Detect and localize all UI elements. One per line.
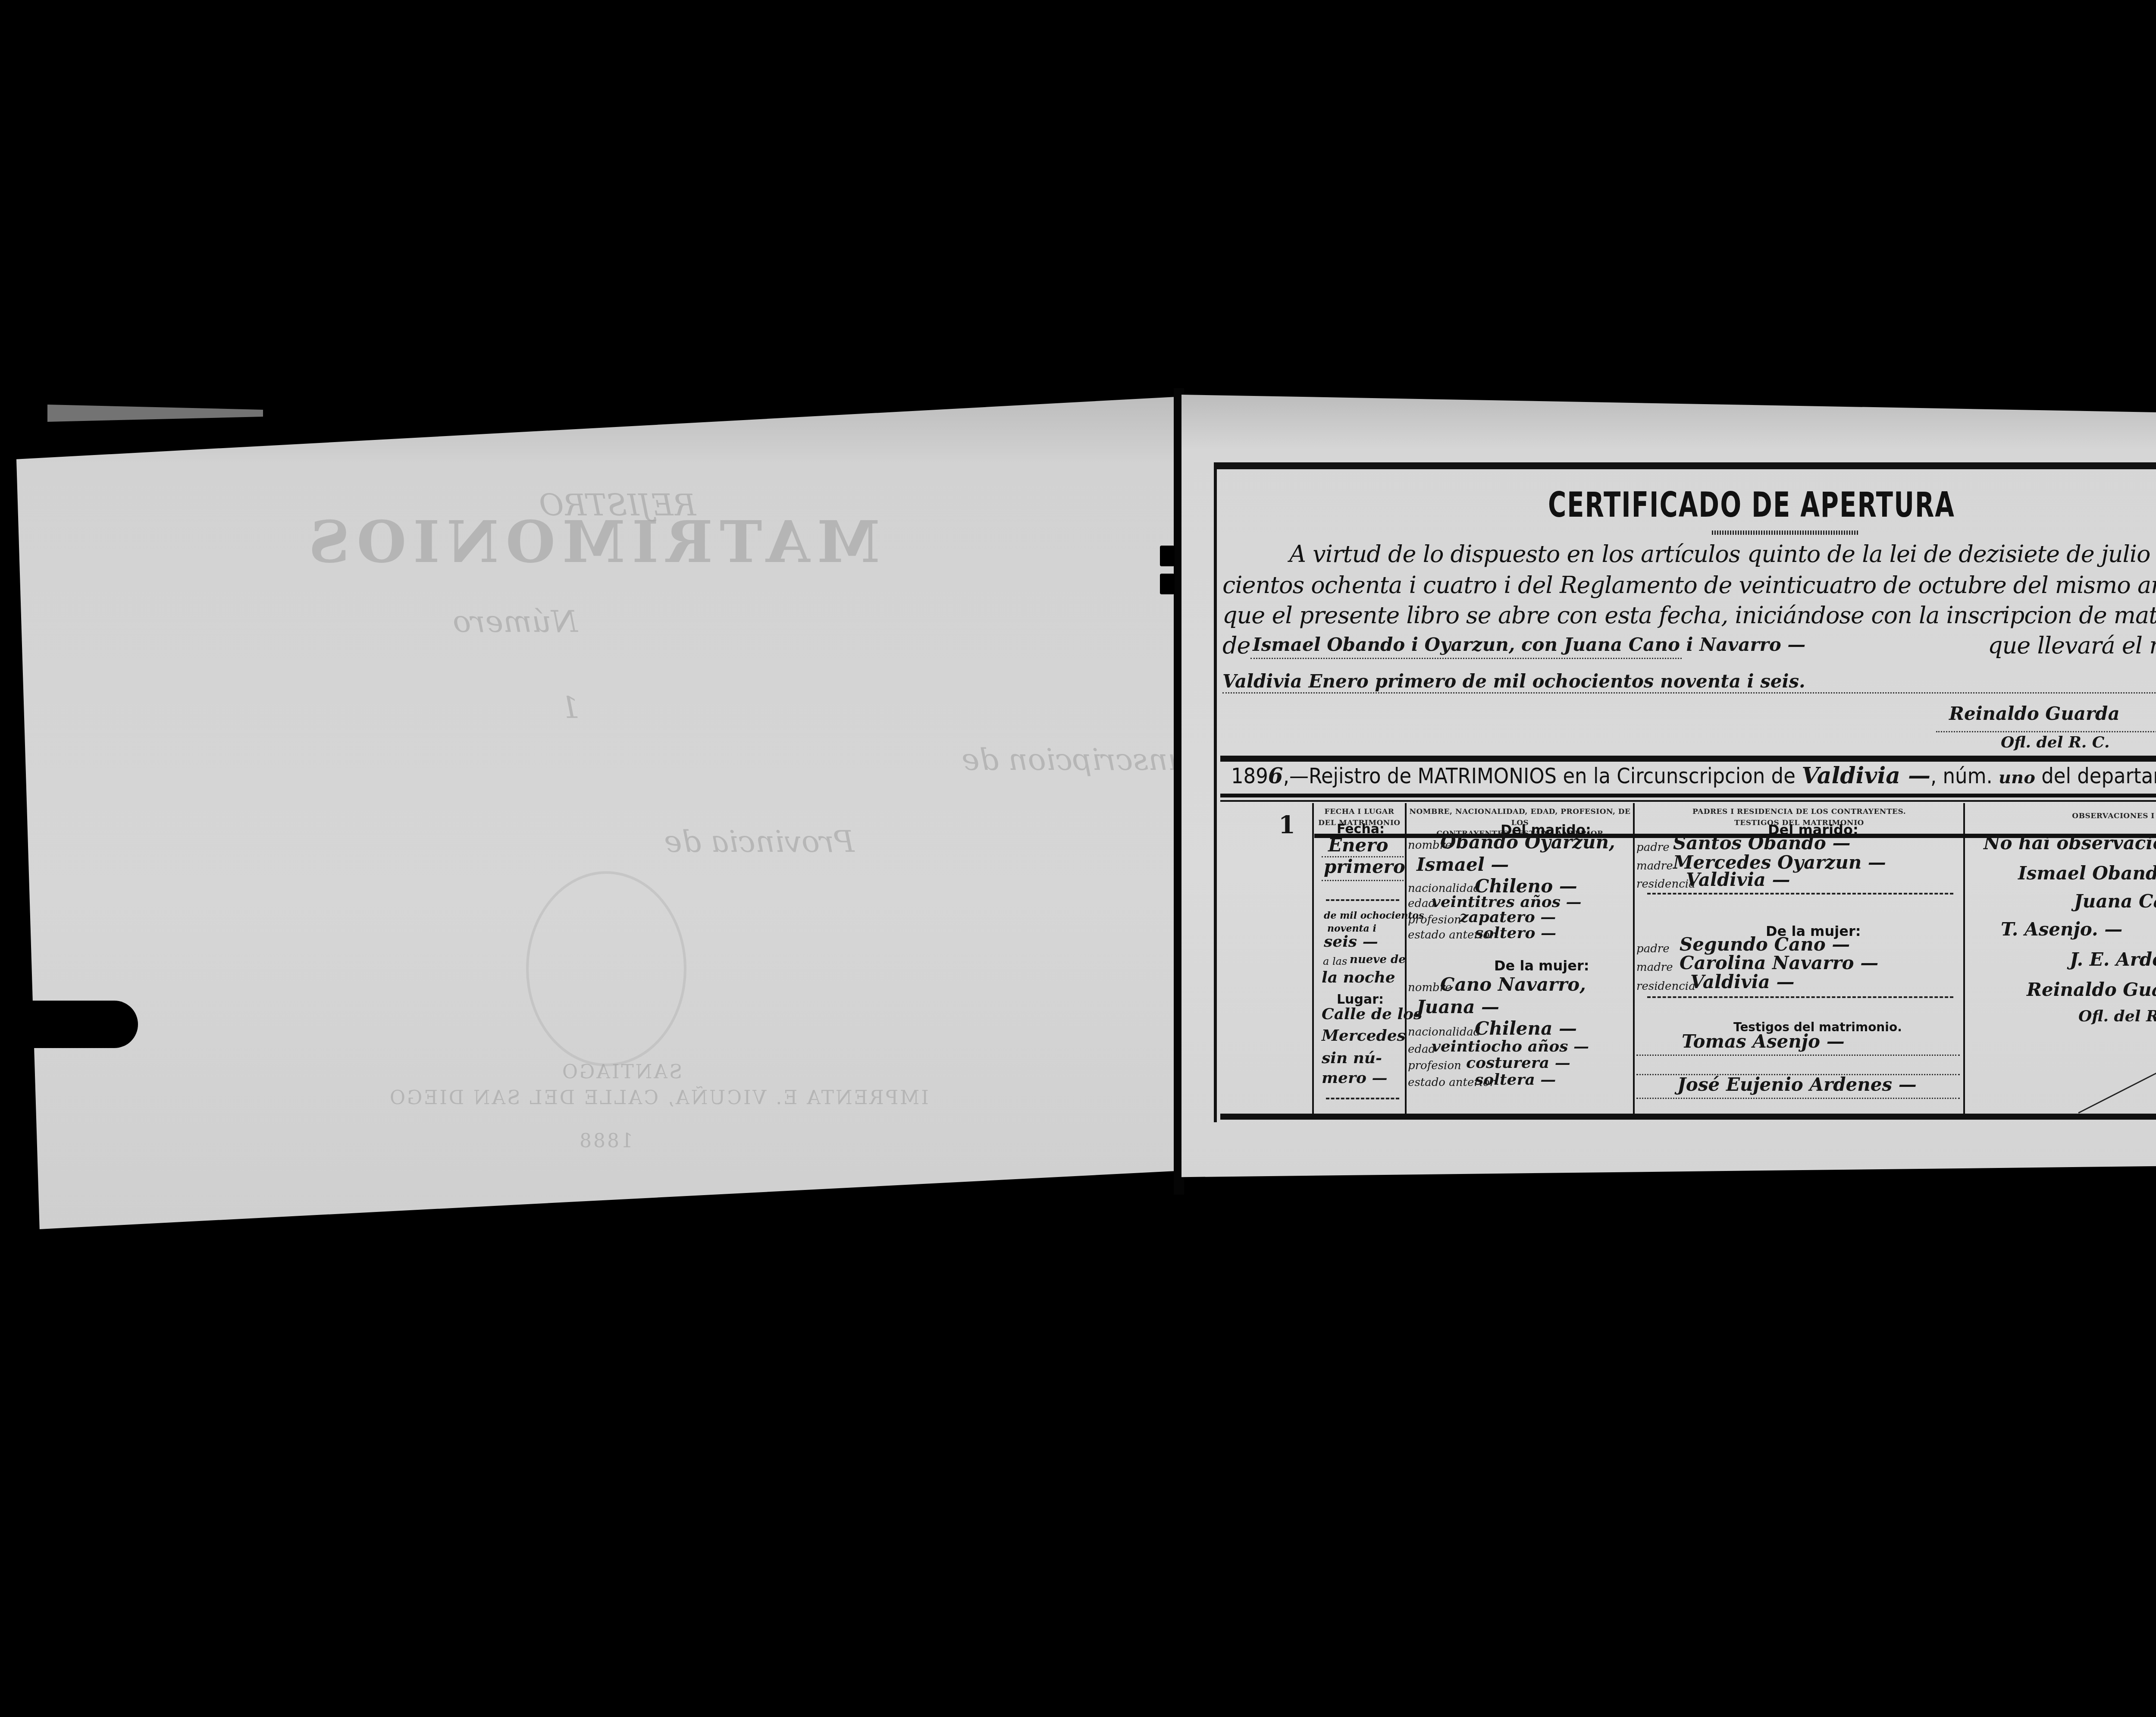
observaciones-line-1: No hai observaciones. — (1984, 832, 2156, 854)
testigo-1: Tomas Asenjo — (1682, 1031, 1845, 1052)
testigo-2: José Eujenio Ardenes — (1677, 1074, 1917, 1095)
padres-marido-residencia: Valdivia — (1686, 869, 1790, 890)
certificate-couple-names: Ismael Obando i Oyarzun, con Juana Cano … (1253, 634, 1805, 655)
lugar-line-2: Mercedes (1322, 1026, 1406, 1045)
registry-year: 189 (1231, 763, 1268, 788)
mujer-nombre: Cano Navarro, (1440, 974, 1586, 995)
madre-label: madre (1636, 961, 1673, 974)
observaciones-line-4: T. Asenjo. — (2001, 919, 2122, 940)
padre-label: padre (1636, 942, 1670, 955)
header-observaciones: OBSERVACIONES I FIRMAS (1966, 811, 2156, 822)
lugar-line-4: mero — (1322, 1069, 1388, 1087)
ghost-matrimonios: MATRIMONIOS (302, 509, 880, 576)
ghost-year: 1888 (578, 1130, 633, 1152)
fecha-dia: primero (1324, 856, 1405, 877)
fill-line (1636, 1055, 1960, 1056)
mujer-heading: De la mujer: (1494, 957, 1589, 974)
fill-dash (1647, 893, 1953, 895)
madre-label: madre (1636, 860, 1673, 873)
padres-mujer-padre: Segundo Cano — (1680, 934, 1850, 955)
marido-estado: soltero — (1475, 924, 1556, 942)
mujer-nacionalidad: Chilena — (1475, 1018, 1577, 1039)
registry-text-3: del departamento de (2041, 763, 2156, 788)
certificate-place-date: Valdivia Enero primero de mil ochociento… (1222, 671, 1805, 692)
left-page-torn-strip (47, 405, 263, 422)
registry-bottom-rule (1220, 794, 2156, 802)
lugar-line-3: sin nú- (1322, 1049, 1382, 1067)
fill-line (1250, 658, 1682, 659)
marido-profesion: zapatero — (1460, 908, 1556, 926)
mujer-profesion-label: profesion (1408, 1059, 1461, 1072)
observaciones-line-5: J. E. Ardenes. — (2070, 949, 2156, 970)
certificate-line-1: A virtud de lo dispuesto en los artículo… (1289, 543, 2156, 566)
observaciones-line-3: Juana Cano. — (2074, 891, 2156, 912)
thumb-tab-left (0, 1001, 138, 1048)
fill-dash (1326, 1098, 1399, 1099)
title-ornament (1712, 530, 1858, 535)
fecha-hora: nueve de (1350, 953, 1406, 966)
certificate-line-2: cientos ochenta i cuatro i del Reglament… (1222, 574, 2156, 597)
certificate-signature: Reinaldo Guarda (1949, 703, 2120, 724)
mujer-profesion: costurera — (1466, 1054, 1570, 1072)
registry-numero: uno (1999, 767, 2035, 788)
fill-dash (1647, 996, 1953, 998)
ghost-numero: Número (453, 604, 578, 639)
padres-mujer-madre: Carolina Navarro — (1680, 952, 1878, 973)
fill-line (1222, 692, 2156, 694)
ghost-ciudad: SANTIAGO (561, 1061, 682, 1083)
signature-line (1936, 731, 2156, 732)
fill-dash (1326, 899, 1399, 901)
ghost-seal (526, 871, 686, 1066)
ghost-provincia: Provincia de (664, 824, 855, 859)
header-observaciones-1: OBSERVACIONES I FIRMAS (1966, 811, 2156, 822)
observaciones-signature-title: Ofl. del R. C. (2078, 1007, 2156, 1025)
marido-profesion-label: profesion (1408, 913, 1461, 926)
certificate-signature-title: Ofl. del R. C. (2001, 733, 2109, 751)
mujer-nombre-2: Juana — (1416, 996, 1499, 1017)
fecha-mes: Enero (1328, 835, 1388, 856)
registry-text-1: ,—Rejistro de MATRIMONIOS en la Circunsc… (1283, 763, 1796, 788)
mujer-edad: veintiocho años — (1432, 1037, 1589, 1055)
mujer-nacionalidad-label: nacionalidad (1408, 1026, 1480, 1039)
entry-number: 1 (1279, 811, 1295, 839)
registry-year-hw: 6 (1268, 763, 1283, 788)
fill-line (1322, 880, 1404, 881)
observaciones-line-2: Ismael Obando. — (2018, 863, 2156, 884)
padres-mujer-residencia: Valdivia — (1690, 971, 1794, 992)
residencia-label: residencia (1636, 980, 1695, 993)
binding-clip-icon (1160, 546, 1175, 566)
ghost-numeral: 1 (561, 690, 580, 725)
table-bottom-rule (1220, 1114, 2156, 1120)
certificate-line-3: que el presente libro se abre con esta f… (1222, 604, 2156, 627)
registry-text-2: , núm. (1930, 763, 1993, 788)
registry-top-rule (1220, 756, 2156, 762)
column-divider (1633, 803, 1635, 1114)
registry-header: 1896,—Rejistro de MATRIMONIOS en la Circ… (1231, 763, 2156, 789)
registry-circunscripcion: Valdivia — (1802, 763, 1930, 789)
binding-clip-icon (1160, 574, 1175, 594)
fecha-a-las-label: a las (1323, 955, 1347, 967)
lugar-line-1: Calle de los (1322, 1005, 1422, 1023)
column-divider (1963, 803, 1965, 1114)
fecha-year-hw: seis — (1324, 932, 1378, 951)
marido-nombre-2: Ismael — (1416, 854, 1509, 875)
certificate-line-4-suffix: que llevará el número uno. (1988, 634, 2156, 657)
padre-label: padre (1636, 841, 1670, 854)
padres-marido-padre: Santos Obando — (1673, 832, 1850, 854)
ghost-imprenta: IMPRENTA E. VICUÑA, CALLE DEL SAN DIEGO (388, 1087, 929, 1109)
fill-line (1636, 1098, 1960, 1099)
header-fecha-lugar-1: FECHA I LUGAR (1315, 807, 1404, 818)
mujer-estado: soltera — (1475, 1070, 1556, 1089)
fecha-hora-2: la noche (1322, 968, 1395, 986)
marido-nombre: Obando Oyarzun, (1440, 832, 1615, 853)
column-divider (1312, 803, 1314, 1114)
observaciones-signature: Reinaldo Guarda (2027, 979, 2156, 1000)
certificate-title: CERTIFICADO DE APERTURA (1548, 485, 1955, 525)
header-padres-1: PADRES I RESIDENCIA DE LOS CONTRAYENTES. (1636, 807, 1962, 818)
certificate-line-4-prefix: de (1222, 634, 1250, 657)
